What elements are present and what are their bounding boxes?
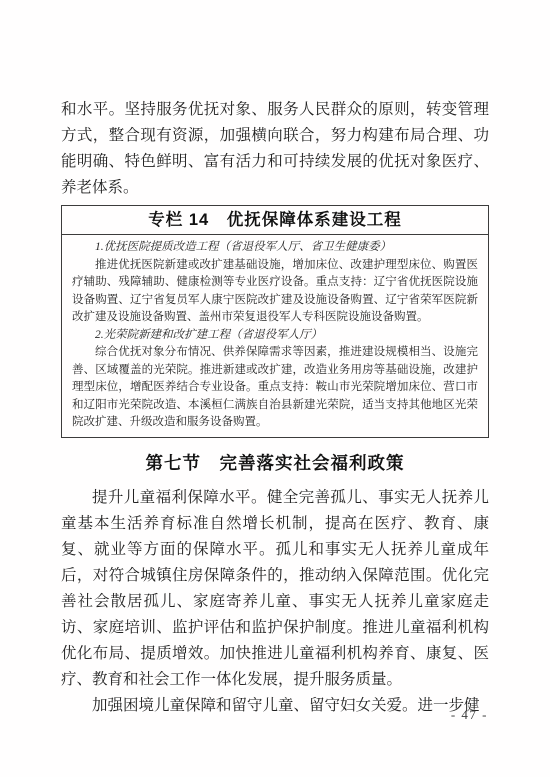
paragraph-children-welfare: 提升儿童福利保障水平。健全完善孤儿、事实无人抚养儿童基本生活养育标准自然增长机制… bbox=[61, 485, 489, 693]
page-number: - 47 - bbox=[451, 707, 488, 723]
paragraph-continuation: 和水平。坚持服务优抚对象、服务人民群众的原则，转变管理方式，整合现有资源，加强横… bbox=[61, 97, 489, 201]
page-content: 和水平。坚持服务优抚对象、服务人民群众的原则，转变管理方式，整合现有资源，加强横… bbox=[61, 97, 489, 719]
column-box-title: 专栏 14 优抚保障体系建设工程 bbox=[62, 206, 488, 235]
box-item-1-heading: 1.优抚医院提质改造工程（省退役军人厅、省卫生健康委） bbox=[72, 239, 478, 257]
paragraph-left-behind-care: 加强困境儿童保障和留守儿童、留守妇女关爱。进一步健 bbox=[61, 693, 489, 719]
column-box-body: 1.优抚医院提质改造工程（省退役军人厅、省卫生健康委） 推进优抚医院新建或改扩建… bbox=[62, 235, 488, 437]
document-page: 和水平。坚持服务优抚对象、服务人民群众的原则，转变管理方式，整合现有资源，加强横… bbox=[0, 0, 550, 777]
section-heading: 第七节 完善落实社会福利政策 bbox=[61, 451, 489, 476]
box-item-1-body: 推进优抚医院新建或改扩建基础设施，增加床位、改建护理型床位、购置医疗辅助、残障辅… bbox=[72, 257, 478, 327]
box-item-2-heading: 2.光荣院新建和改扩建工程（省退役军人厅） bbox=[72, 327, 478, 345]
box-item-2-body: 综合优抚对象分布情况、供养保障需求等因素，推进建设规模相当、设施完善、区域覆盖的… bbox=[72, 344, 478, 432]
column-box-14: 专栏 14 优抚保障体系建设工程 1.优抚医院提质改造工程（省退役军人厅、省卫生… bbox=[61, 205, 489, 438]
